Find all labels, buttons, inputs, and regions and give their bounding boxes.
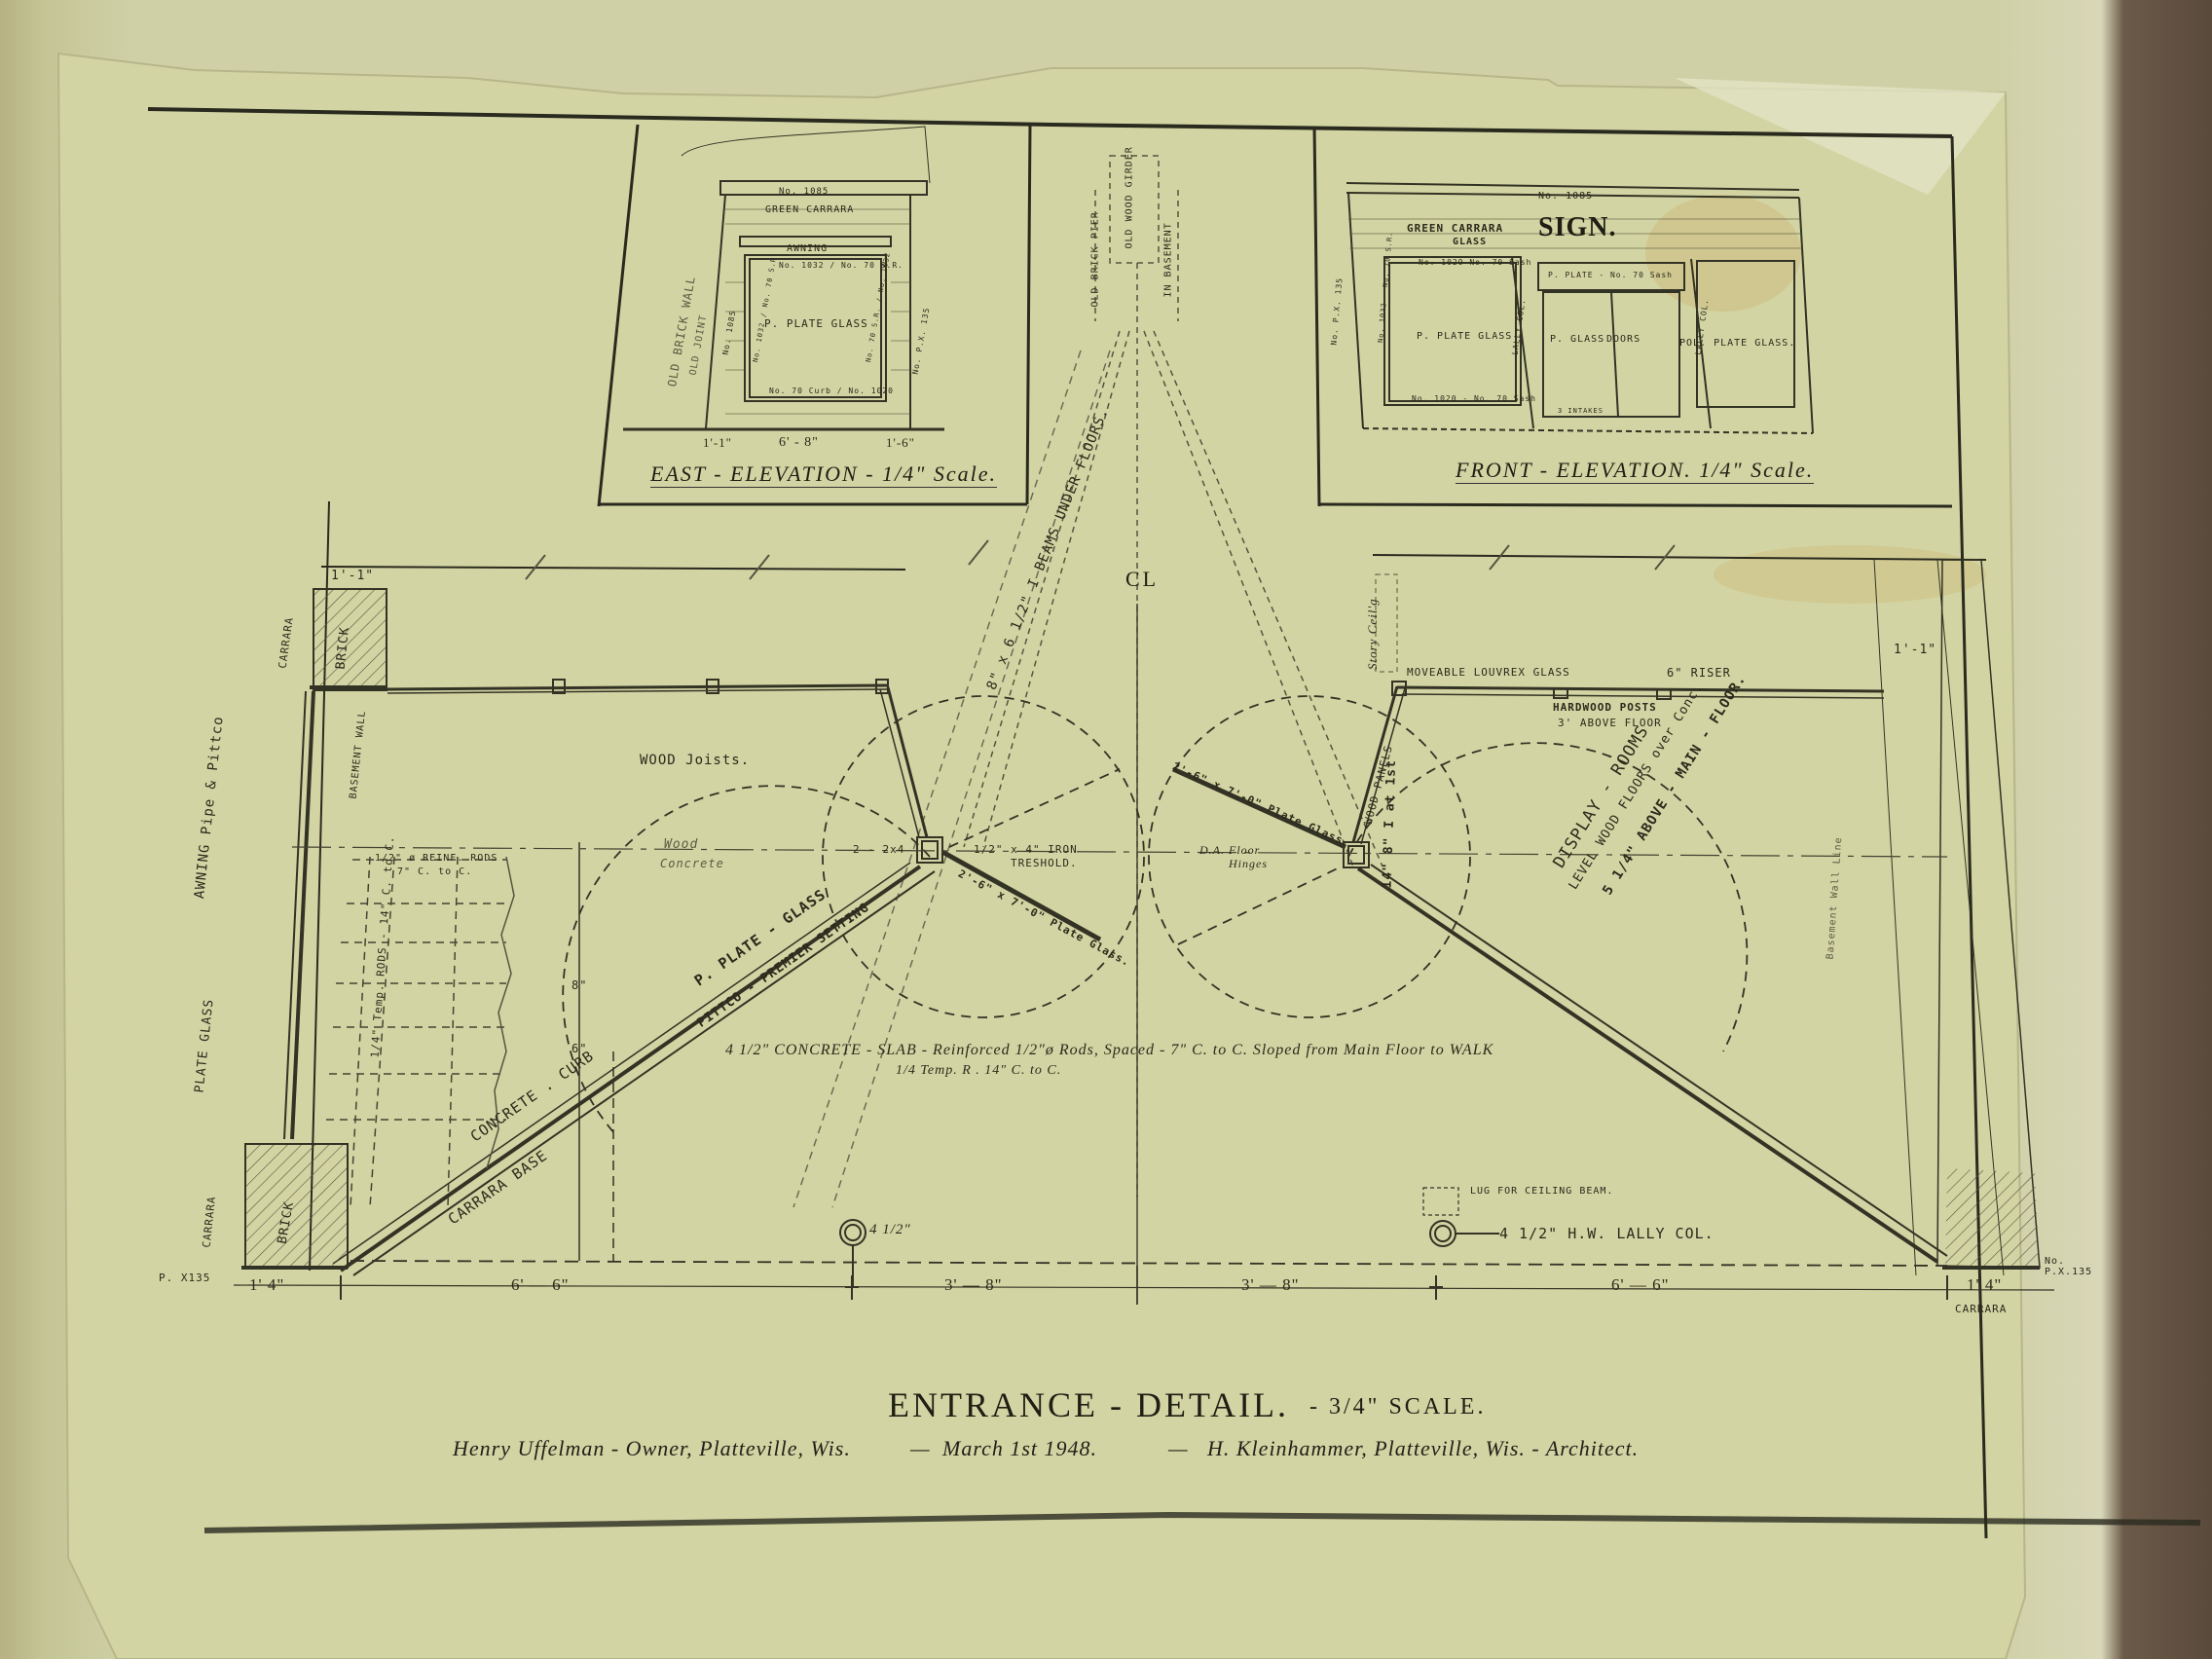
lally-column-label: 4 1/2" H.W. LALLY COL.	[1499, 1225, 1714, 1242]
centerline-symbol: CL	[1125, 567, 1159, 592]
da-floor-label-1: D.A. Floor	[1199, 843, 1260, 858]
iron-threshold-label-1: 1/2" x 4" IRON	[974, 843, 1078, 856]
front-plate-glass-label: P. PLATE GLASS	[1417, 331, 1512, 342]
dimension-1: 1' 4"	[249, 1275, 284, 1295]
front-no-1029-label: No. 1029 No. 70 Sash	[1419, 258, 1531, 267]
front-green-carrara-label: GREEN CARRARA	[1407, 222, 1503, 235]
riser-label: 6" RISER	[1667, 666, 1731, 680]
plan-right-dim-top: 1'-1"	[1894, 643, 1936, 657]
plan-right-carrara: CARRARA	[1955, 1303, 2007, 1315]
dim-6-label: 6"	[571, 1042, 587, 1055]
hardwood-posts-label: HARDWOOD POSTS	[1553, 701, 1657, 714]
lug-ceiling-beam-label: LUG FOR CEILING BEAM.	[1470, 1186, 1613, 1197]
iron-threshold-label-2: TRESHOLD.	[1011, 857, 1078, 869]
east-no-1085: No. 1085	[779, 187, 829, 197]
reinf-spacing-label: 7" C. to C.	[397, 866, 472, 877]
architect-line: H. Kleinhammer, Platteville, Wis. - Arch…	[1207, 1436, 1639, 1461]
east-dim-center: 6' - 8"	[779, 435, 819, 451]
sheet-title: ENTRANCE - DETAIL.	[888, 1384, 1289, 1425]
dimension-3: 3' — 8"	[944, 1275, 1003, 1295]
concrete-label: Concrete	[660, 857, 724, 870]
louvrex-glass-label: MOVEABLE LOUVREX GLASS	[1407, 666, 1570, 679]
wood-label: Wood	[664, 837, 698, 852]
da-floor-label-2: Hinges	[1229, 857, 1268, 871]
east-dim-left: 1'-1"	[703, 435, 732, 451]
front-sign-label: SIGN.	[1538, 212, 1616, 243]
dimension-5: 6' — 6"	[1611, 1275, 1670, 1295]
front-glass-label: GLASS	[1453, 237, 1487, 247]
plan-right-px135: No. P.X.135	[2045, 1256, 2093, 1277]
dash-separator-2: —	[1168, 1436, 1189, 1461]
sheet-scale: - 3/4" SCALE.	[1309, 1394, 1486, 1420]
drawing-date: March 1st 1948.	[942, 1436, 1097, 1461]
dimension-4: 3' — 8"	[1241, 1275, 1300, 1295]
front-glass-doors-label-2: DOORS	[1606, 334, 1641, 345]
front-no-1085: No. 1085	[1538, 191, 1593, 202]
east-dim-right: 1'-6"	[886, 435, 915, 451]
wood-joists-label: WOOD Joists.	[640, 753, 750, 768]
concrete-slab-note-2: 1/4 Temp. R . 14" C. to C.	[896, 1063, 1061, 1079]
front-transom-label: P. PLATE - No. 70 Sash	[1548, 271, 1673, 279]
east-awning-label: AWNING	[787, 243, 828, 254]
east-no-70-curb-label: No. 70 Curb / No. 1020	[769, 387, 894, 395]
blueprint-sheet: No. 1085 GREEN CARRARA AWNING No. 1032 /…	[0, 0, 2212, 1659]
dimension-2: 6' — 6"	[511, 1275, 570, 1295]
post-2x4-label: 2 - 2x4	[853, 843, 904, 856]
east-plate-glass-label: P. PLATE GLASS	[764, 317, 868, 330]
story-ceiling-label: Story Ceil'g	[1365, 598, 1381, 670]
old-wood-girder-label: OLD WOOD GIRDER	[1124, 146, 1135, 248]
column-size-label: 4 1/2"	[869, 1222, 911, 1238]
front-elevation-title: FRONT - ELEVATION. 1/4" Scale.	[1456, 458, 1814, 484]
plan-left-px135: P. X135	[159, 1272, 210, 1284]
owner-line: Henry Uffelman - Owner, Platteville, Wis…	[453, 1436, 851, 1461]
east-green-carrara-label: GREEN CARRARA	[765, 204, 854, 215]
dimension-6: 1' 4"	[1967, 1275, 2002, 1295]
dim-8-label: 8"	[571, 978, 587, 992]
in-basement-label: IN BASEMENT	[1163, 222, 1174, 297]
front-no-1020-label: No. 1020 - No. 70 Sash	[1412, 394, 1536, 403]
east-elevation-title: EAST - ELEVATION - 1/4" Scale.	[650, 461, 997, 488]
front-threshold-label: 3 INTAKES	[1558, 407, 1604, 415]
front-glass-doors-label-1: P. GLASS	[1550, 334, 1604, 345]
concrete-slab-note: 4 1/2" CONCRETE - SLAB - Reinforced 1/2"…	[725, 1042, 1493, 1059]
dash-separator-1: —	[910, 1436, 931, 1461]
plan-left-dim-top: 1'-1"	[331, 569, 374, 583]
old-brick-pier-label: OLD BRICK PIER	[1090, 211, 1101, 307]
